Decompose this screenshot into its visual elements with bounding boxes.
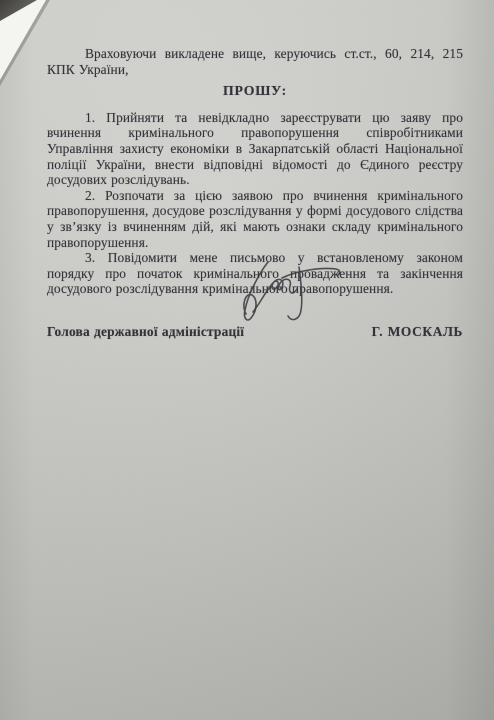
resolution-heading: ПРОШУ: (47, 83, 463, 99)
request-item-3: 3. Повідомити мене письмово у встановлен… (47, 250, 463, 297)
intro-paragraph: Враховуючи викладене вище, керуючись ст.… (47, 46, 463, 77)
signatory-name: Г. МОСКАЛЬ (372, 324, 463, 340)
request-item-1: 1. Прийняти та невідкладно зареєструвати… (47, 110, 463, 188)
request-item-2: 2. Розпочати за цією заявою про вчинення… (47, 188, 463, 250)
signature-block: Голова державної адміністрації Г. МОСКАЛ… (47, 324, 463, 340)
document-photo: Враховуючи викладене вище, керуючись ст.… (0, 0, 494, 720)
document-body: Враховуючи викладене вище, керуючись ст.… (47, 46, 463, 340)
signatory-title: Голова державної адміністрації (47, 324, 244, 340)
